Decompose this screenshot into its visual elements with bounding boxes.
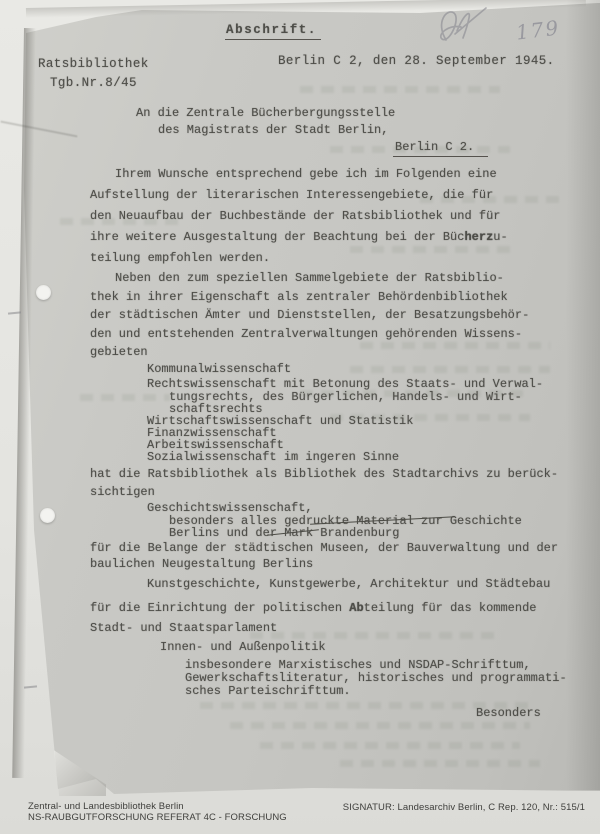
bleed-through — [360, 342, 550, 349]
typed-text: teilung für das kommende — [364, 601, 537, 615]
typed-text: für die Einrichtung der politischen — [90, 601, 349, 615]
typed-line: den und entstehenden Zentralverwaltungen… — [90, 327, 522, 341]
struck-text: r Mark — [270, 526, 313, 540]
typed-line: sichtigen — [90, 485, 155, 499]
bleed-through — [260, 742, 520, 749]
typed-line: Innen- und Außenpolitik — [160, 640, 326, 654]
typed-line: insbesondere Marxistisches und NSDAP-Sch… — [185, 658, 531, 672]
punch-hole-bottom — [40, 508, 55, 523]
typed-line: baulichen Neugestaltung Berlins — [90, 557, 313, 571]
registrar-paraph-scribble — [428, 4, 492, 54]
archive-credit: Zentral- und Landesbibliothek Berlin NS-… — [28, 802, 287, 823]
scanned-document-page: { "handwritten": { "page_number": "179" … — [0, 0, 600, 834]
typed-line: für die Belange der städtischen Museen, … — [90, 541, 558, 555]
typed-text: Brandenburg — [313, 526, 399, 540]
typed-line: Berlins und der Mark Brandenburg — [169, 526, 399, 540]
typed-line: ihre weitere Ausgestaltung der Beachtung… — [90, 230, 508, 244]
sender-name: Ratsbibliothek — [38, 57, 149, 71]
bleed-through — [300, 86, 500, 93]
archive-credit-line-1: Zentral- und Landesbibliothek Berlin — [28, 802, 287, 813]
bleed-through — [80, 394, 170, 401]
recipient-line-1: An die Zentrale Bücherbergungsstelle — [136, 106, 395, 120]
overstruck-text: herz — [464, 230, 493, 244]
typed-line: Neben den zum speziellen Sammelgebiete d… — [115, 271, 504, 285]
typed-text: Berlins und de — [169, 526, 270, 540]
recipient-city: Berlin C 2. — [393, 140, 488, 157]
pencil-dash — [24, 685, 37, 688]
typed-line: Kunstgeschichte, Kunstgewerbe, Architekt… — [147, 577, 550, 591]
typed-line: hat die Ratsbibliothek als Bibliothek de… — [90, 467, 558, 481]
typed-line: gebieten — [90, 345, 148, 359]
bleed-through — [340, 760, 540, 767]
bleed-through — [350, 366, 550, 373]
typed-line: den Neuaufbau der Buchbestände der Ratsb… — [90, 209, 500, 223]
typed-line: Kommunalwissenschaft — [147, 362, 291, 376]
typed-line: Aufstellung der literarischen Interessen… — [90, 188, 493, 202]
typed-line: für die Einrichtung der politischen Abte… — [90, 601, 536, 615]
typed-line: Gewerkschaftsliteratur, historisches und… — [185, 671, 567, 685]
typed-line: sches Parteischrifttum. — [185, 684, 351, 698]
archive-signature: SIGNATUR: Landesarchiv Berlin, C Rep. 12… — [343, 802, 585, 813]
typed-line: Ihrem Wunsche entsprechend gebe ich im F… — [115, 167, 497, 181]
punch-hole-top — [36, 285, 51, 300]
typed-line: thek in ihrer Eigenschaft als zentraler … — [90, 290, 508, 304]
typed-line: teilung empfohlen werden. — [90, 251, 270, 265]
archive-credit-line-2: NS-RAUBGUTFORSCHUNG REFERAT 4C - FORSCHU… — [28, 813, 287, 824]
typed-text: u- — [493, 230, 507, 244]
typed-line: Rechtswissenschaft mit Betonung des Staa… — [147, 377, 543, 391]
dateline: Berlin C 2, den 28. September 1945. — [278, 54, 555, 68]
doc-type-title: Abschrift. — [225, 23, 321, 40]
reference-number: Tgb.Nr.8/45 — [50, 76, 137, 90]
paper-right-shading — [566, 0, 600, 790]
overstruck-text: Ab — [349, 601, 363, 615]
bleed-through — [250, 632, 500, 639]
typed-text: ihre weitere Ausgestaltung der Beachtung… — [90, 230, 464, 244]
typed-line: Geschichtswissenschaft, — [147, 501, 313, 515]
typed-line: Sozialwissenschaft im ingeren Sinne — [147, 450, 399, 464]
typed-line: Besonders — [476, 706, 541, 720]
typed-line: der städtischen Ämter und Dienststellen,… — [90, 308, 529, 322]
bleed-through — [350, 246, 510, 253]
recipient-line-2: des Magistrats der Stadt Berlin, — [158, 123, 388, 137]
typed-line: Stadt- und Staatsparlament — [90, 621, 277, 635]
bleed-through — [230, 722, 530, 729]
